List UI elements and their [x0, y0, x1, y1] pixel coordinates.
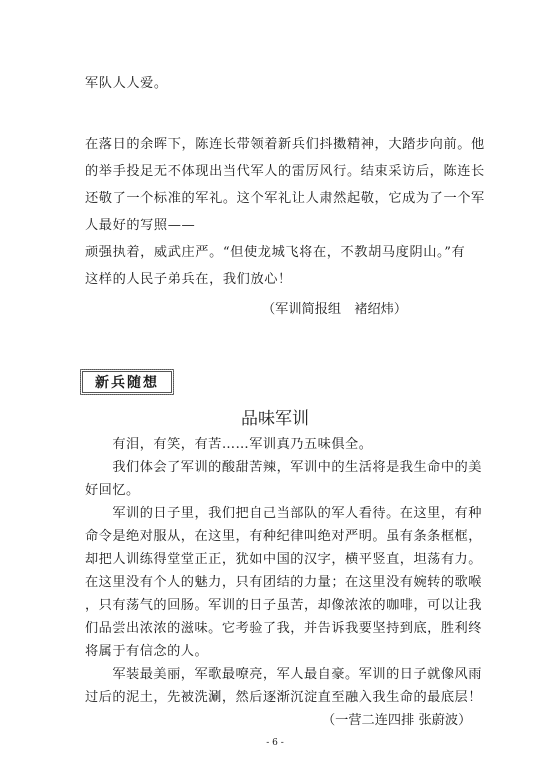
article-title: 品味军训	[0, 404, 550, 429]
paragraph-line: 却把人训练得堂堂正正，犹如中国的汉字，横平竖直，坦荡有力。	[85, 548, 482, 567]
paragraph-line: 过后的泥土，先被洗涮，然后逐渐沉淀直至融入我生命的最底层！	[85, 686, 482, 705]
paragraph-line: 的举手投足无不体现出当代军人的雷厉风行。结束采访后，陈连长	[85, 160, 485, 179]
paragraph-line: 还敬了一个标准的军礼。这个军礼让人肃然起敬，它成为了一个军	[85, 187, 485, 206]
section-badge: 新兵随想	[80, 369, 174, 395]
paragraph-line: 我们体会了军训的酸甜苦辣，军训中的生活将是我生命中的美	[85, 456, 482, 475]
paragraph-line: 军装最美丽，军歌最嘹亮，军人最自豪。军训的日子就像风雨	[85, 663, 482, 682]
section-badge-label: 新兵随想	[95, 372, 159, 392]
author-signature: （军训简报组 褚绍炜）	[262, 298, 407, 317]
paragraph-line: 这样的人民子弟兵在，我们放心！	[85, 268, 292, 287]
paragraph-line: 军队人人爱。	[85, 72, 168, 91]
paragraph-line: 好回忆。	[85, 479, 140, 498]
paragraph-line: 在落日的余晖下，陈连长带领着新兵们抖擞精神，大踏步向前。他	[85, 133, 485, 152]
page-number: - 6 -	[0, 738, 550, 748]
paragraph-line: 将属于有信念的人。	[85, 640, 208, 659]
document-page: 军队人人爱。 在落日的余晖下，陈连长带领着新兵们抖擞精神，大踏步向前。他 的举手…	[0, 0, 550, 778]
paragraph-line: 命令是绝对服从，在这里，有种纪律叫绝对严明。虽有条条框框，	[85, 525, 482, 544]
paragraph-line: 顽强执着，威武庄严。“但使龙城飞将在，不教胡马度阴山。”有	[85, 241, 465, 260]
paragraph-line: 有泪，有笑，有苦……军训真乃五味俱全。	[85, 433, 372, 452]
author-signature: （一营二连四排 张蔚波）	[322, 709, 471, 728]
paragraph-line: 在这里没有个人的魅力，只有团结的力量；在这里没有婉转的歌喉	[85, 571, 482, 590]
paragraph-line: 们品尝出浓浓的滋味。它考验了我，并告诉我要坚持到底，胜利终	[85, 617, 482, 636]
paragraph-line: 人最好的写照——	[85, 214, 195, 233]
paragraph-line: ，只有荡气的回肠。军训的日子虽苦，却像浓浓的咖啡，可以让我	[85, 594, 482, 613]
paragraph-line: 军训的日子里，我们把自己当部队的军人看待。在这里，有种	[85, 502, 482, 521]
